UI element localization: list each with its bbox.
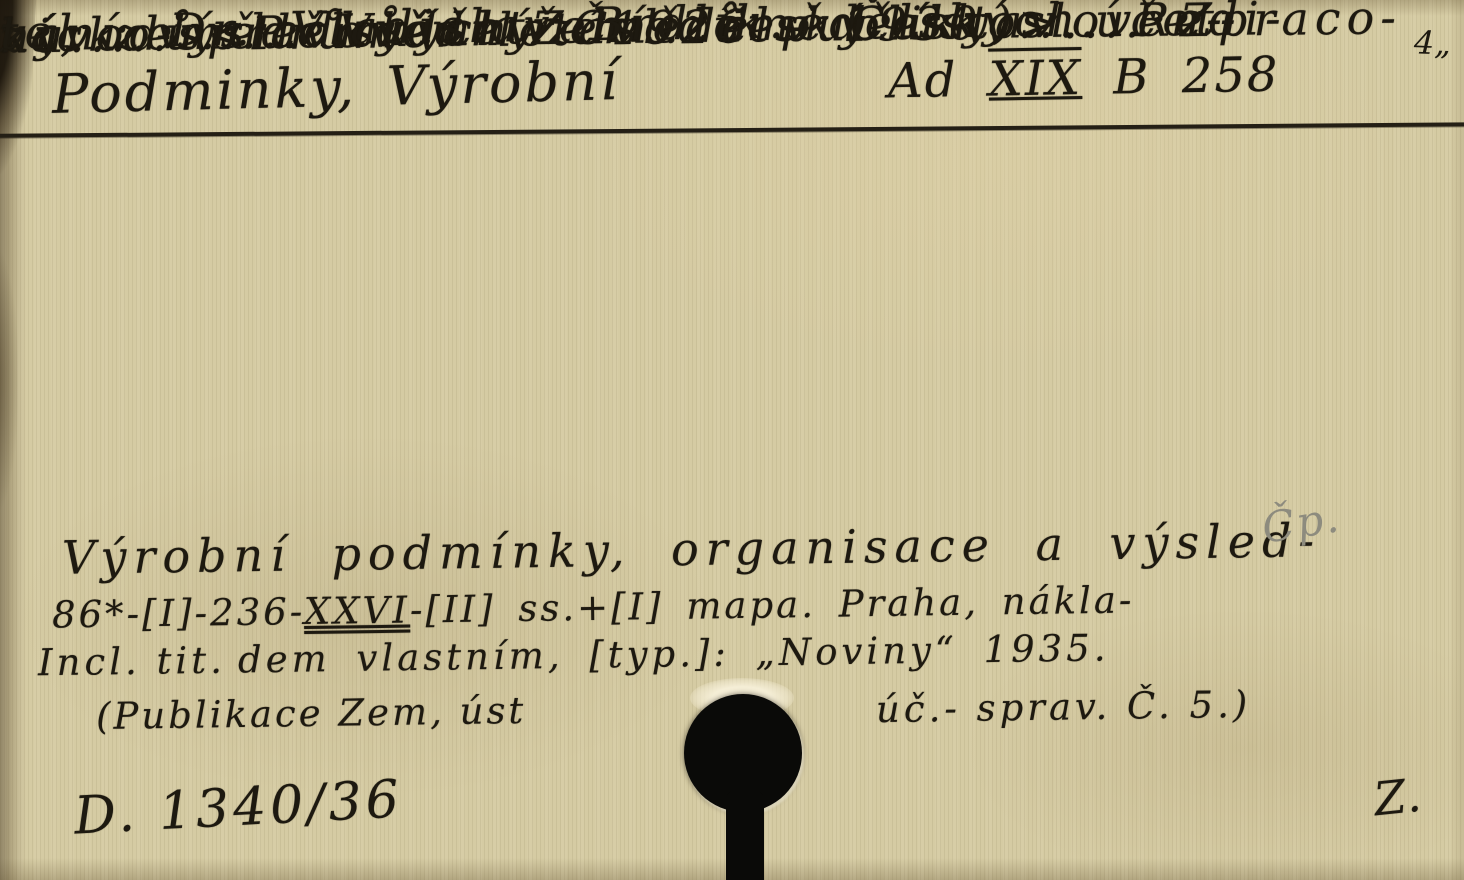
body-line: Výrobní podmínky, organisace a výsled- bbox=[62, 513, 1322, 585]
call-number-suffix: B 258 bbox=[1113, 47, 1280, 106]
heading-rule bbox=[0, 122, 1464, 138]
series-note-after-hole: úč.- sprav. Č. 5.) bbox=[876, 683, 1252, 731]
series-note-before-hole: (Publikace Zem, úst bbox=[96, 689, 527, 738]
cataloguer-initial: Z. bbox=[1371, 768, 1424, 827]
call-number-roman: XIX bbox=[988, 50, 1082, 108]
imprint-line: Incl. tit. dem vlastním, [typ.]: „Noviny… bbox=[38, 639, 226, 685]
corner-number: 4„ bbox=[1413, 23, 1451, 62]
collation-part1: 86*-[I]-236- bbox=[52, 590, 304, 637]
call-number: Ad XIX B 258 bbox=[888, 47, 1280, 110]
accession-number: D. 1340/36 bbox=[73, 769, 405, 846]
pencil-annotation: Čp. bbox=[1259, 492, 1344, 553]
scan-edge-smudge bbox=[0, 250, 18, 510]
collation-part2: -[II] ss.+[I] mapa. Praha, nákla- bbox=[410, 578, 1135, 631]
series-note-line: (Publikace Zem, úst úč.- sprav. Č. 5.) bbox=[96, 689, 527, 738]
collation-roman: XXVI bbox=[304, 589, 411, 633]
call-number-prefix: Ad bbox=[888, 52, 958, 109]
punch-hole-slot bbox=[726, 790, 764, 880]
imprint-continuation: dem vlastním, [typ.]: „Noviny“ 1935. bbox=[238, 626, 1110, 681]
catalog-card: Podminky, Výrobní Ad XIX B 258 4„ Výrobn… bbox=[0, 0, 1464, 880]
incl-tit-note: Incl. tit. bbox=[38, 639, 226, 685]
